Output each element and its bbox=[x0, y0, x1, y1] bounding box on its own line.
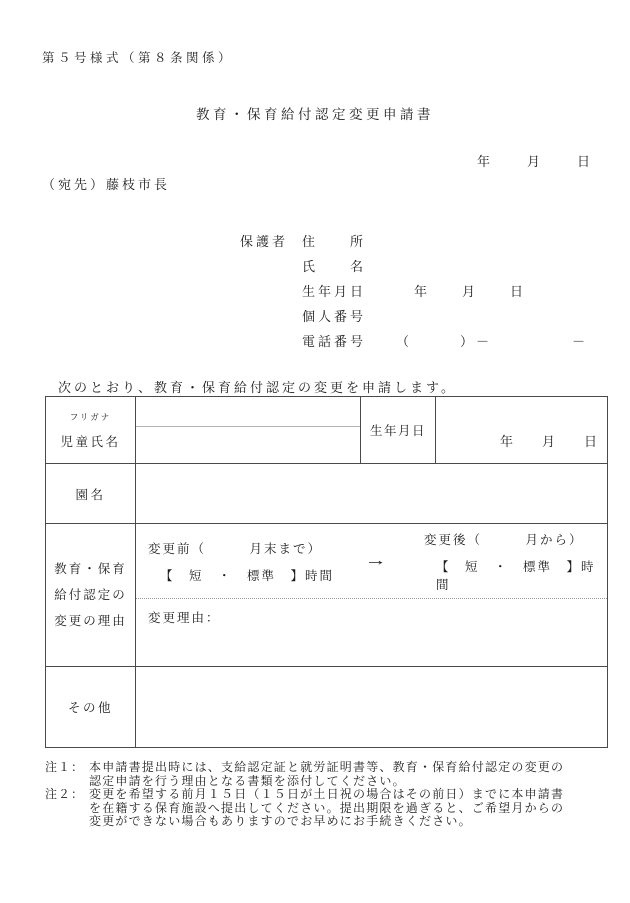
table-row-other: その他 bbox=[46, 667, 607, 747]
child-birthdate-header-cell: 生年月日 bbox=[361, 397, 436, 463]
footnote-1: 注１： 本申請書提出時には、支給認定証と就労証明書等、教育・保育給付認定の変更の… bbox=[45, 761, 564, 788]
child-name-header-cell: フリガナ 児童氏名 bbox=[46, 397, 136, 463]
change-detail-cell: 変更前（ 月末まで） 【 短 ・ 標準 】時間 → 変更後（ 月から） 【 短 … bbox=[136, 524, 607, 666]
footnote-2: 注２： 変更を希望する前月１５日（１５日が土日祝の場合はその前日）までに本申請書… bbox=[45, 788, 564, 829]
personal-number-label: 個人番号 bbox=[302, 306, 366, 325]
furigana-label: フリガナ bbox=[70, 411, 112, 423]
footnote-2-line-3: 変更ができない場合もありますのでお早めにお手続きください。 bbox=[89, 815, 564, 829]
date-year-label: 年 bbox=[477, 151, 490, 170]
guardian-label: 保護者 bbox=[240, 231, 302, 250]
change-reason-header-cell: 教育・保育 給付認定の 変更の理由 bbox=[46, 524, 136, 666]
change-header-line3: 変更の理由 bbox=[54, 608, 127, 634]
date-day-label: 日 bbox=[577, 151, 590, 170]
footnote-1-label: 注１： bbox=[45, 761, 89, 788]
guardian-phone-row: 電話番号 （ ）－ － bbox=[240, 328, 588, 353]
table-row-child-name: フリガナ 児童氏名 生年月日 年 月 日 bbox=[46, 397, 607, 464]
footnote-2-label: 注２： bbox=[45, 788, 89, 829]
guardian-birthdate-row: 生年月日 年 月 日 bbox=[240, 278, 588, 303]
guardian-address-row: 保護者 住 所 bbox=[240, 228, 588, 253]
change-before-label[interactable]: 変更前（ 月末まで） bbox=[148, 539, 353, 557]
guardian-name-row: 氏 名 bbox=[240, 253, 588, 278]
address-label: 住 所 bbox=[302, 231, 366, 250]
birthdate-label: 生年月日 bbox=[302, 281, 366, 300]
footnote-1-line-1: 本申請書提出時には、支給認定証と就労証明書等、教育・保育給付認定の変更の bbox=[89, 761, 564, 775]
declaration-sentence: 次のとおり、教育・保育給付認定の変更を申請します。 bbox=[58, 377, 457, 396]
table-row-change-reason: 教育・保育 給付認定の 変更の理由 変更前（ 月末まで） 【 短 ・ 標準 】時… bbox=[46, 524, 607, 667]
child-birth-year-label: 年 bbox=[500, 431, 513, 450]
child-name-input-area[interactable] bbox=[136, 427, 360, 463]
change-after-block: 変更後（ 月から） 【 短 ・ 標準 】時間 bbox=[424, 530, 607, 593]
other-header-cell: その他 bbox=[46, 667, 136, 747]
right-arrow-icon: → bbox=[341, 553, 409, 570]
garden-input-area[interactable] bbox=[136, 464, 607, 523]
child-name-label: 児童氏名 bbox=[60, 432, 120, 450]
change-header-line1: 教育・保育 bbox=[54, 556, 127, 582]
application-table: フリガナ 児童氏名 生年月日 年 月 日 園名 教育・保育 給付認定の 変更の理… bbox=[45, 396, 608, 748]
change-reason-label: 変更理由： bbox=[148, 611, 221, 625]
change-header-line2: 給付認定の bbox=[54, 582, 127, 608]
footnote-2-line-2: を在籍する保育施設へ提出してください。提出期限を過ぎると、ご希望月からの bbox=[89, 802, 564, 816]
table-row-garden: 園名 bbox=[46, 464, 607, 524]
name-label: 氏 名 bbox=[302, 256, 366, 275]
phone-label: 電話番号 bbox=[302, 331, 366, 350]
change-after-label[interactable]: 変更後（ 月から） bbox=[424, 530, 607, 548]
application-form-page: 第５号様式（第８条関係） 教育・保育給付認定変更申請書 年 月 日 （宛先）藤枝… bbox=[0, 0, 630, 903]
garden-header-cell: 園名 bbox=[46, 464, 136, 523]
guardian-block: 保護者 住 所 氏 名 生年月日 年 月 日 個人番号 電話番号 （ ）－ － bbox=[240, 228, 588, 353]
change-before-after-area: 変更前（ 月末まで） 【 短 ・ 標準 】時間 → 変更後（ 月から） 【 短 … bbox=[136, 524, 607, 599]
date-month-label: 月 bbox=[527, 151, 540, 170]
change-after-time-option[interactable]: 【 短 ・ 標準 】時間 bbox=[436, 557, 607, 593]
footnotes: 注１： 本申請書提出時には、支給認定証と就労証明書等、教育・保育給付認定の変更の… bbox=[45, 761, 564, 829]
change-before-block: 変更前（ 月末まで） 【 短 ・ 標準 】時間 bbox=[148, 539, 353, 584]
birthdate-value-line[interactable]: 年 月 日 bbox=[414, 281, 526, 300]
submission-date-line: 年 月 日 bbox=[477, 151, 590, 170]
change-reason-input-area[interactable]: 変更理由： bbox=[136, 599, 607, 666]
change-before-time-option[interactable]: 【 短 ・ 標準 】時間 bbox=[160, 566, 353, 584]
guardian-personal-number-row: 個人番号 bbox=[240, 303, 588, 328]
child-name-value-cell bbox=[136, 397, 361, 463]
other-input-area[interactable] bbox=[136, 667, 607, 747]
phone-value-line[interactable]: （ ）－ － bbox=[396, 331, 588, 350]
child-birth-month-label: 月 bbox=[542, 431, 555, 450]
form-number: 第５号様式（第８条関係） bbox=[42, 48, 234, 66]
child-birth-day-label: 日 bbox=[584, 431, 597, 450]
footnote-1-line-2: 認定申請を行う理由となる書類を添付してください。 bbox=[89, 775, 564, 789]
addressee: （宛先）藤枝市長 bbox=[42, 174, 170, 193]
footnote-2-line-1: 変更を希望する前月１５日（１５日が土日祝の場合はその前日）までに本申請書 bbox=[89, 788, 564, 802]
child-birthdate-input-area[interactable]: 年 月 日 bbox=[436, 397, 607, 463]
furigana-input-area[interactable] bbox=[136, 397, 360, 427]
page-title: 教育・保育給付認定変更申請書 bbox=[0, 103, 630, 123]
